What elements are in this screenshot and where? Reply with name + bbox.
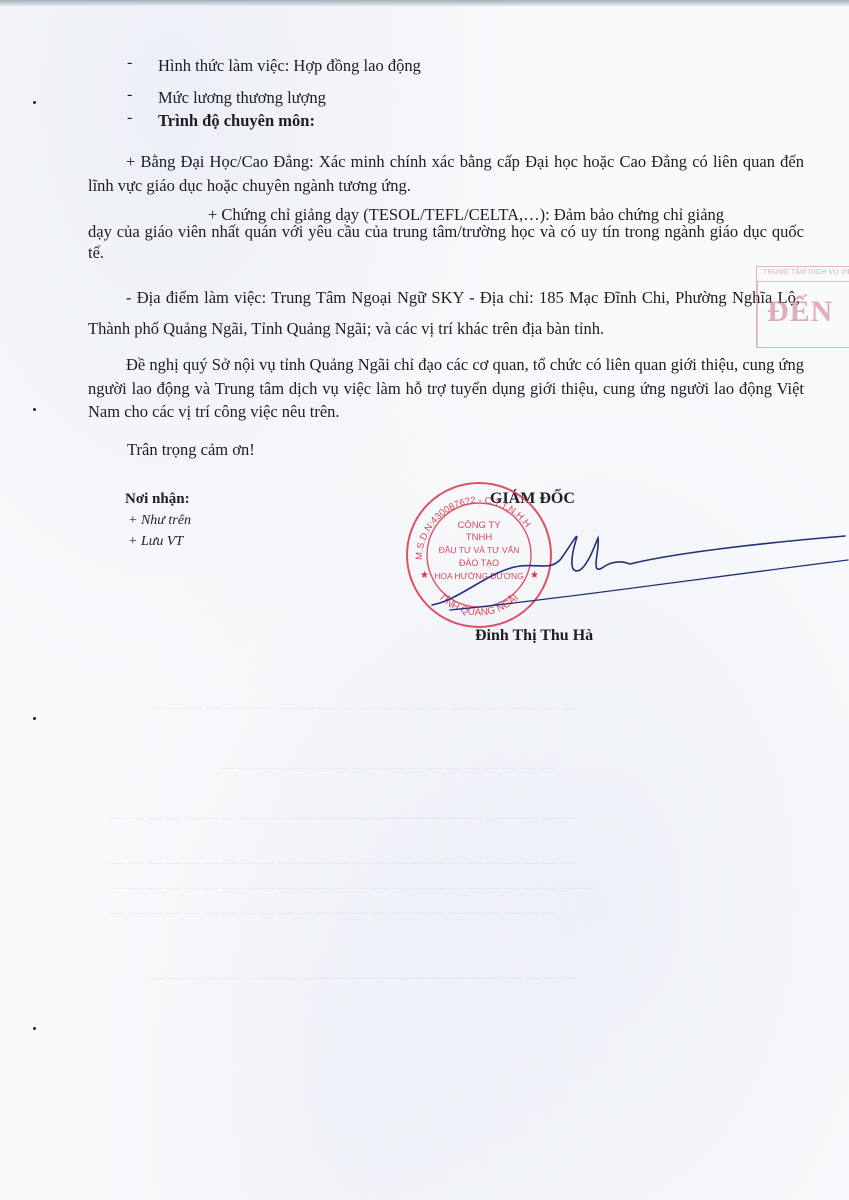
punch-dot [33,717,36,720]
recipient-item: + Như trên [128,511,191,531]
bleed-through-text: — — — — — — — — — — — — — — — — — — — — … [110,905,556,922]
qualification-cert-paragraph: dạy của giáo viên nhất quán với yêu cầu … [88,221,804,263]
received-stamp-header: TRUNG TÂM DỊCH VỤ VIỆC LÀM QNG [763,269,849,276]
bleed-through-text: — — — — — — — — — — — — — — — — — — [220,760,554,777]
bleed-through-text: — — — — — — — — — — — — — — — — — — — — … [150,970,578,987]
recipient-item: + Lưu VT [128,532,183,552]
received-stamp: TRUNG TÂM DỊCH VỤ VIỆC LÀM QNG ĐẾN [756,266,849,348]
qualification-degree-paragraph: + Bằng Đại Học/Cao Đẳng: Xác minh chính … [88,150,804,198]
bleed-through-text: — — — — — — — — — — — — — — — — — — — — … [110,810,575,827]
work-type-line: Hình thức làm việc: Hợp đồng lao động [158,56,421,76]
scan-edge [0,0,849,6]
document-page: — — — — — — — — — — — — — — — — — — — — … [0,0,849,1200]
salary-line: Mức lương thương lượng [158,88,326,108]
bullet-marker: - [127,109,132,127]
recipients-title: Nơi nhận: [125,489,190,509]
punch-dot [33,1027,36,1030]
svg-text:★: ★ [420,570,429,581]
closing-line: Trân trọng cảm ơn! [127,440,255,460]
received-stamp-label: ĐẾN [767,295,833,329]
bullet-marker: - [127,54,132,72]
workplace-paragraph: - Địa điểm làm việc: Trung Tâm Ngoại Ngữ… [88,282,800,344]
request-paragraph: Đề nghị quý Sở nội vụ tỉnh Quảng Ngãi ch… [88,353,804,424]
bleed-through-text: — — — — — — — — — — — — — — — — — — — — … [110,880,594,897]
punch-dot [33,101,36,104]
punch-dot [33,408,36,411]
signer-name: Đinh Thị Thu Hà [475,626,593,646]
bleed-through-text: — — — — — — — — — — — — — — — — — — — — … [110,855,575,872]
handwritten-signature [430,530,849,620]
qualification-heading: Trình độ chuyên môn: [158,111,315,131]
bullet-marker: - [127,86,132,104]
bleed-through-text: — — — — — — — — — — — — — — — — — — — — … [150,700,578,717]
